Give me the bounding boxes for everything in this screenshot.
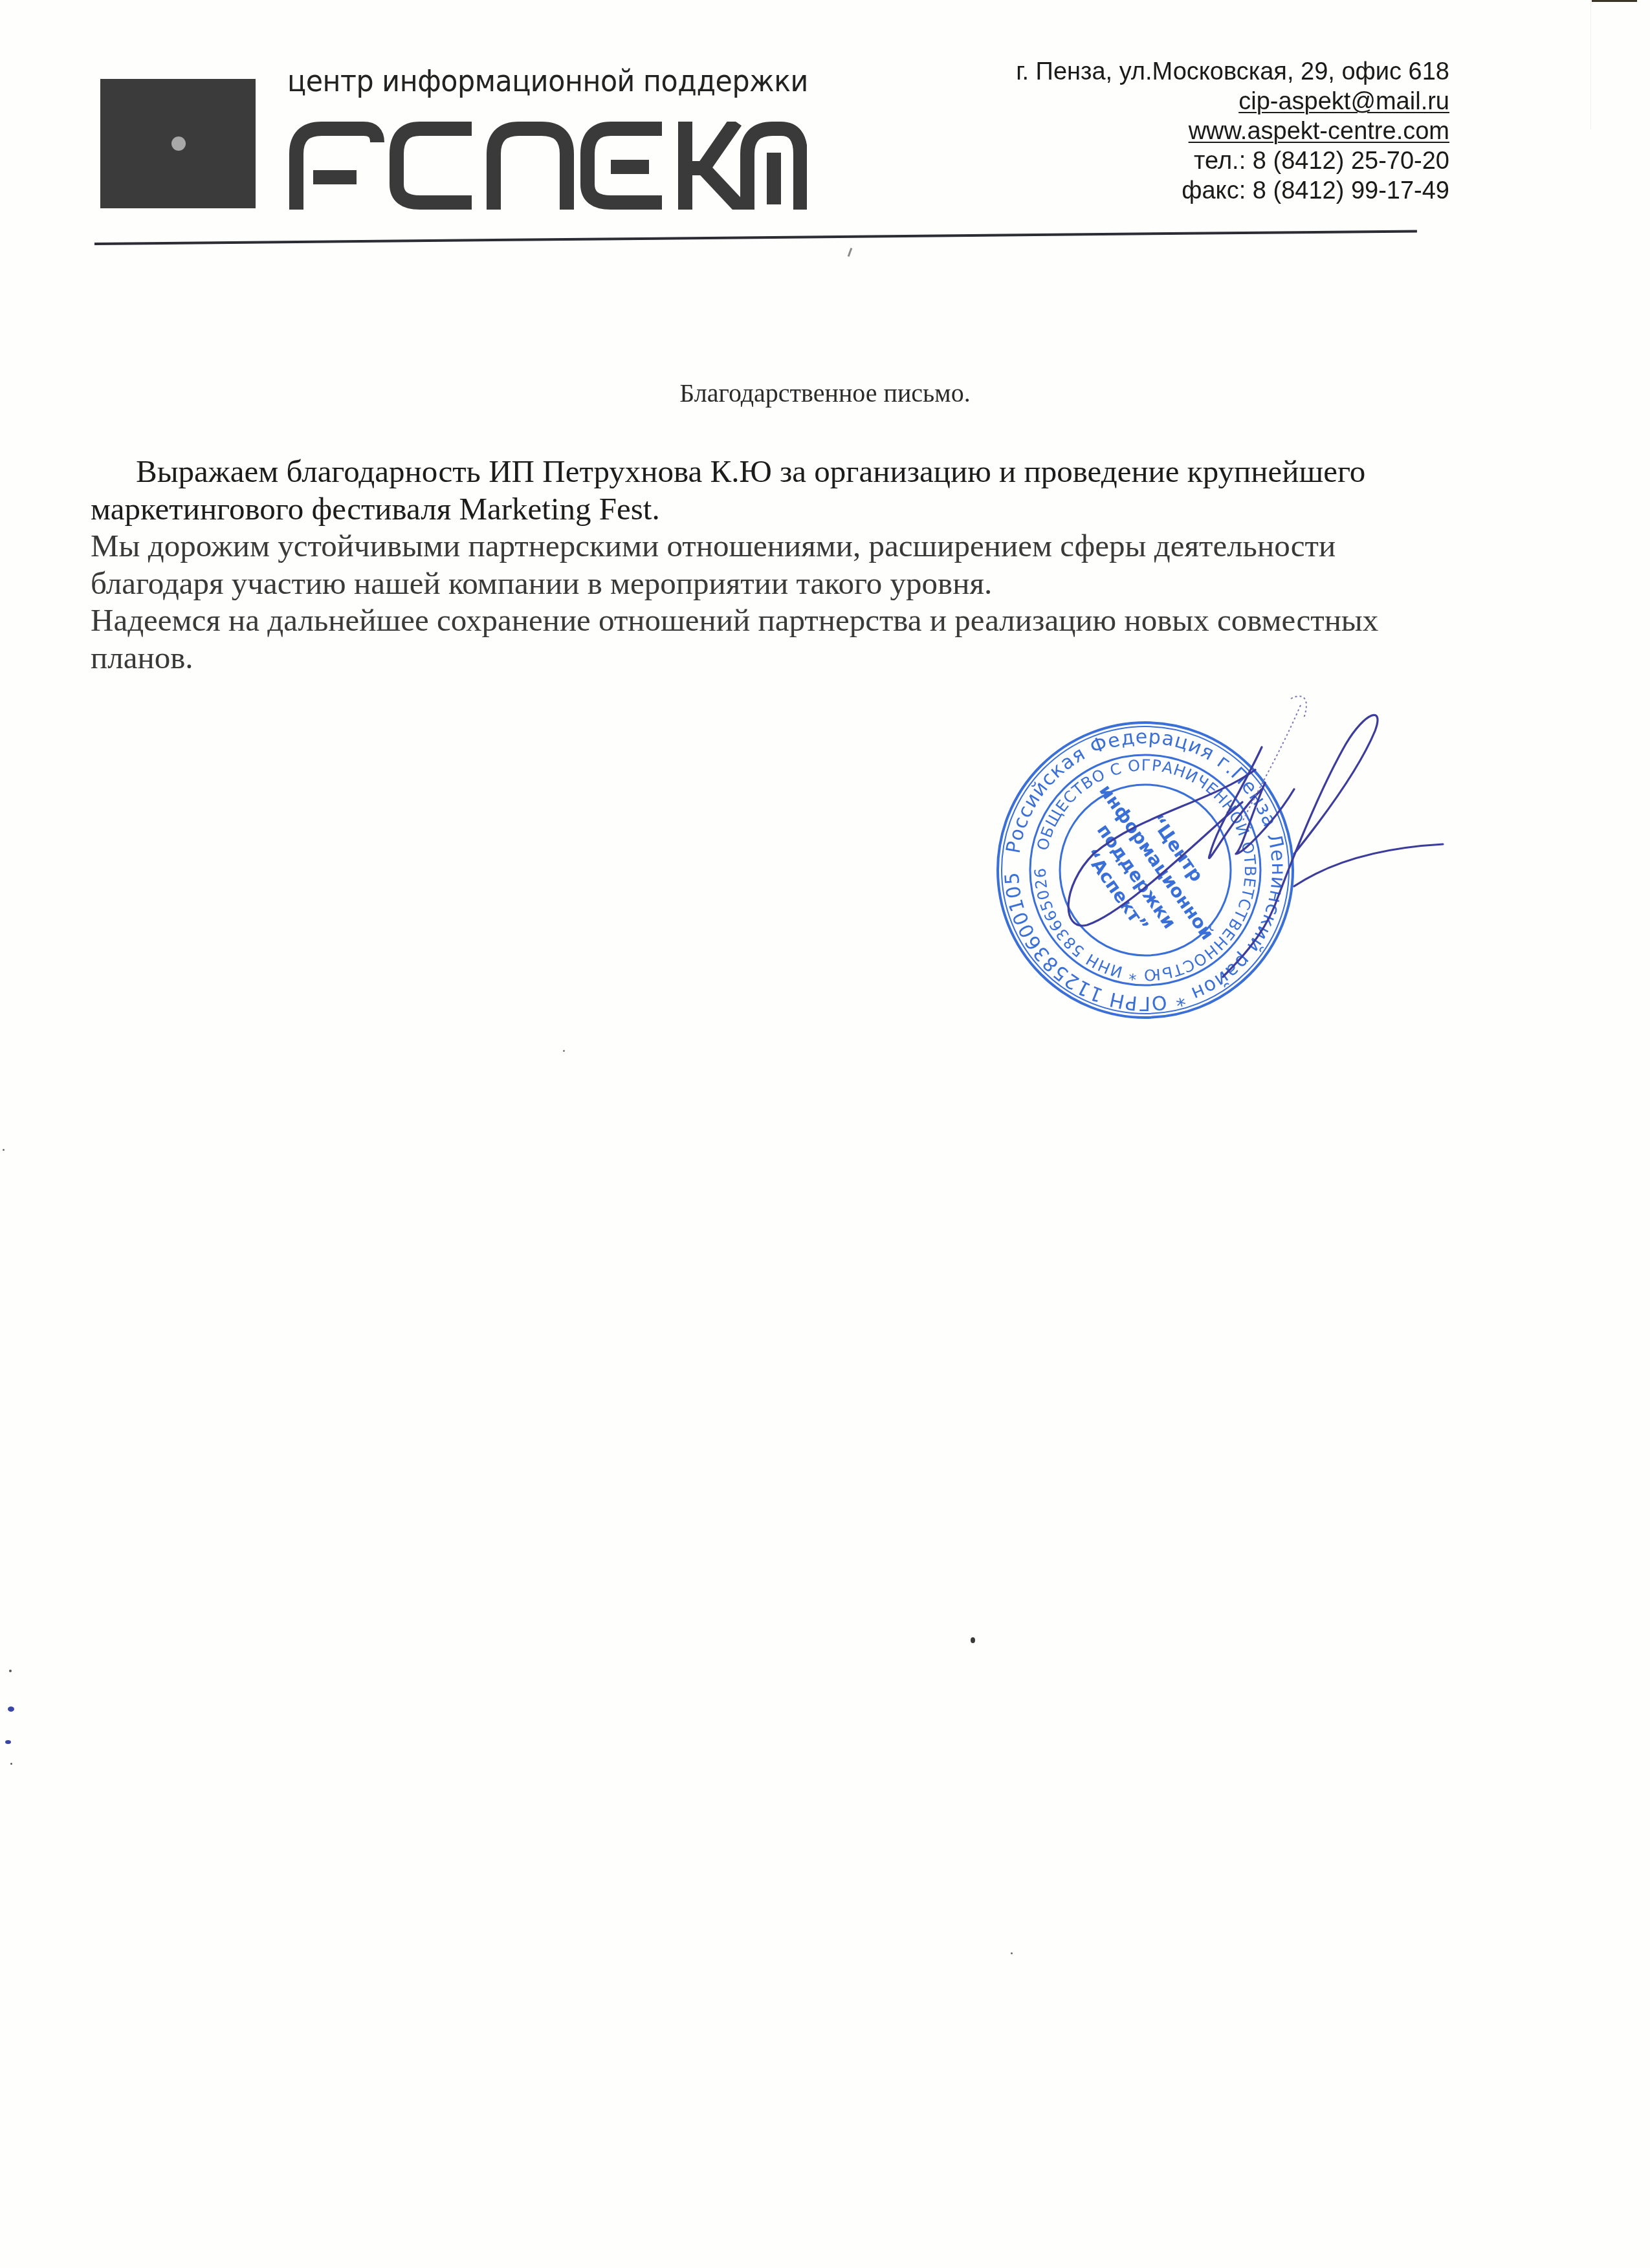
header-divider (94, 230, 1417, 245)
scan-artifact (1592, 0, 1637, 2)
letter-body: Выражаем благодарность ИП Петрухнова К.Ю… (91, 453, 1424, 676)
brand-wordmark-icon (289, 122, 807, 210)
address: г. Пенза, ул.Московская, 29, офис 618 (1016, 57, 1449, 87)
website-link[interactable]: www.aspekt-centre.com (1189, 118, 1449, 145)
contact-block: г. Пенза, ул.Московская, 29, офис 618 ci… (1016, 57, 1449, 206)
scan-speck (5, 1740, 11, 1744)
phone: тел.: 8 (8412) 25-70-20 (1016, 146, 1449, 176)
letter-title: Благодарственное письмо. (0, 378, 1650, 408)
scan-mark (848, 248, 853, 257)
scan-edge (1590, 0, 1591, 129)
letterhead-tagline: центр информационной поддержки (287, 63, 808, 98)
scan-speck (1011, 1952, 1013, 1954)
handwritten-signature (1048, 692, 1449, 990)
paragraph-future: Надеемся на дальнейшее сохранение отноше… (91, 602, 1424, 676)
paragraph-gratitude: Выражаем благодарность ИП Петрухнова К.Ю… (91, 453, 1424, 527)
fax: факс: 8 (8412) 99-17-49 (1016, 176, 1449, 206)
brand-wordmark: АСПЕКТ (289, 122, 807, 210)
paragraph-partnership: Мы дорожим устойчивыми партнерскими отно… (91, 527, 1424, 602)
logo-dot-icon (171, 136, 186, 151)
email-link[interactable]: cip-aspekt@mail.ru (1238, 88, 1449, 115)
scan-speck (8, 1706, 14, 1712)
scan-speck (9, 1670, 12, 1672)
scan-speck (10, 1763, 12, 1765)
scan-speck (3, 1149, 5, 1151)
scan-speck (563, 1050, 565, 1052)
scan-speck (971, 1637, 975, 1643)
signature-icon (1048, 692, 1449, 990)
letter-page: центр информационной поддержки АСПЕКТ (0, 0, 1650, 2268)
